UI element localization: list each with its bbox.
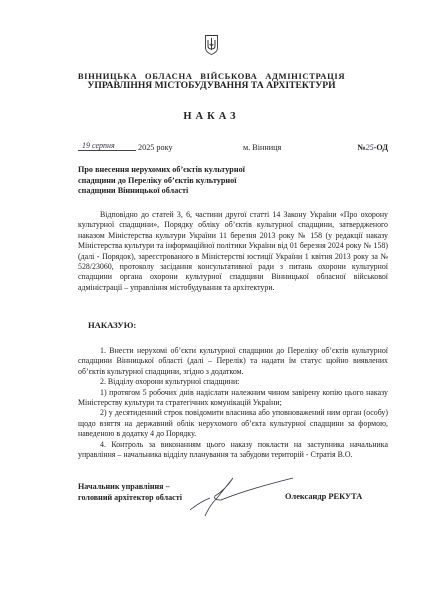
position-line: Начальник управління – <box>78 482 182 493</box>
position-line: головний архітектор області <box>78 493 182 504</box>
number-suffix: -ОД <box>374 143 388 152</box>
document-title: НАКАЗ <box>0 111 423 122</box>
subject-line: Про внесення нерухомих об’єктів культурн… <box>78 165 278 176</box>
handwritten-number: 25 <box>365 143 373 152</box>
order-item: 2) у десятиденний строк повідомити власн… <box>78 408 388 439</box>
order-item: 1) протягом 5 робочих днів надіслати нал… <box>78 388 388 409</box>
preamble-paragraph: Відповідно до статей 3, 6, частини друго… <box>78 210 388 293</box>
department-name: УПРАВЛІННЯ МІСТОБУДУВАННЯ ТА АРХІТЕКТУРИ <box>0 80 423 91</box>
order-heading: НАКАЗУЮ: <box>88 320 136 330</box>
handwritten-signature <box>185 470 295 520</box>
order-item: 1. Внести нерухомі об’єкти культурної сп… <box>78 346 388 377</box>
subject-line: спадщини до Переліку об’єктів культурної <box>78 176 278 187</box>
signatory-position: Начальник управління – головний архітект… <box>78 482 182 503</box>
order-items: 1. Внести нерухомі об’єкти культурної сп… <box>78 346 388 460</box>
order-number: №25-ОД <box>357 143 388 152</box>
year: 2025 року <box>138 143 173 152</box>
signatory-name: Олександр РЕКУТА <box>285 492 362 501</box>
city: м. Вінниця <box>243 143 281 152</box>
subject-line: спадщини Вінницької області <box>78 186 278 197</box>
order-item: 2. Відділу охорони культурної спадщини: <box>78 377 388 387</box>
order-item: 4. Контроль за виконанням цього наказу п… <box>78 440 388 461</box>
trident-coat-of-arms-icon <box>205 35 218 55</box>
document-page: ВІННИЦЬКА ОБЛАСНА ВІЙСЬКОВА АДМІНІСТРАЦІ… <box>0 0 423 600</box>
order-subject: Про внесення нерухомих об’єктів культурн… <box>78 165 278 197</box>
date-number-row: 19 серпня 2025 року м. Вінниця №25-ОД <box>78 143 388 155</box>
handwritten-date: 19 серпня <box>78 141 136 151</box>
